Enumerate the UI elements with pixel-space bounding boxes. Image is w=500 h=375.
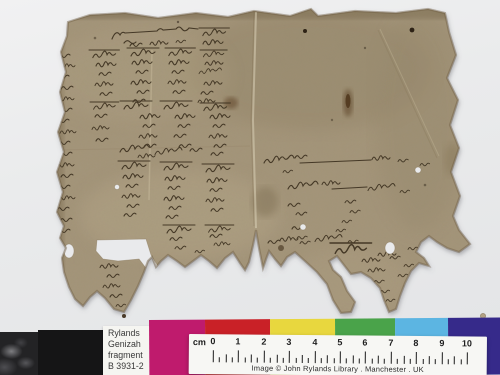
fragment-body bbox=[50, 5, 470, 320]
shelfmark-line: B 3931-2 bbox=[108, 361, 153, 372]
ruler-ticks bbox=[189, 334, 487, 365]
cm-ruler: cm 0 1 2 3 4 5 6 7 8 9 10 Image © John R… bbox=[189, 334, 487, 375]
shelfmark-line: fragment bbox=[108, 350, 153, 361]
photo-canvas: Rylands Genizah fragment B 3931-2 cm 0 1… bbox=[0, 0, 500, 375]
grayscale-patch-textured bbox=[0, 332, 38, 375]
shelfmark-line: Rylands bbox=[108, 328, 153, 339]
shelfmark-line: Genizah bbox=[108, 339, 153, 350]
loose-speck-dark bbox=[122, 314, 126, 318]
shelfmark-label: Rylands Genizah fragment B 3931-2 bbox=[103, 326, 153, 375]
grayscale-patch-black bbox=[38, 330, 103, 375]
copyright-credit: Image © John Rylands Library . Mancheste… bbox=[189, 363, 487, 375]
